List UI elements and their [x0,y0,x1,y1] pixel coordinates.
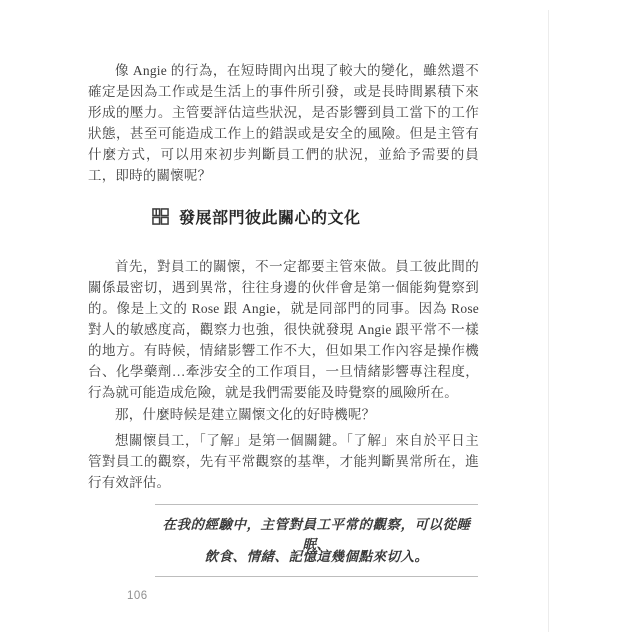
body-paragraph: 那，什麼時候是建立關懷文化的好時機呢？ [88,404,479,425]
section-heading: 發展部門彼此關心的文化 [152,205,361,228]
body-paragraph: 首先，對員工的關懷，不一定都要主管來做。員工彼此間的關係最密切，遇到異常，往往身… [88,256,479,403]
page-edge-line [548,10,549,632]
book-page: 像 Angie 的行為，在短時間內出現了較大的變化，雖然還不確定是因為工作或是生… [0,0,640,640]
intro-paragraph: 像 Angie 的行為，在短時間內出現了較大的變化，雖然還不確定是因為工作或是生… [88,60,479,186]
section-title: 發展部門彼此關心的文化 [179,205,361,228]
page-number: 106 [127,590,148,602]
quote-rule-top [155,504,478,505]
pull-quote-line: 飲食、情緒、記憶這幾個點來切入。 [155,545,478,565]
body-paragraph: 想關懷員工，「了解」是第一個關鍵。「了解」來自於平日主管對員工的觀察，先有平常觀… [88,430,479,493]
grid-squares-icon [152,208,169,225]
quote-rule-bottom [155,576,478,577]
